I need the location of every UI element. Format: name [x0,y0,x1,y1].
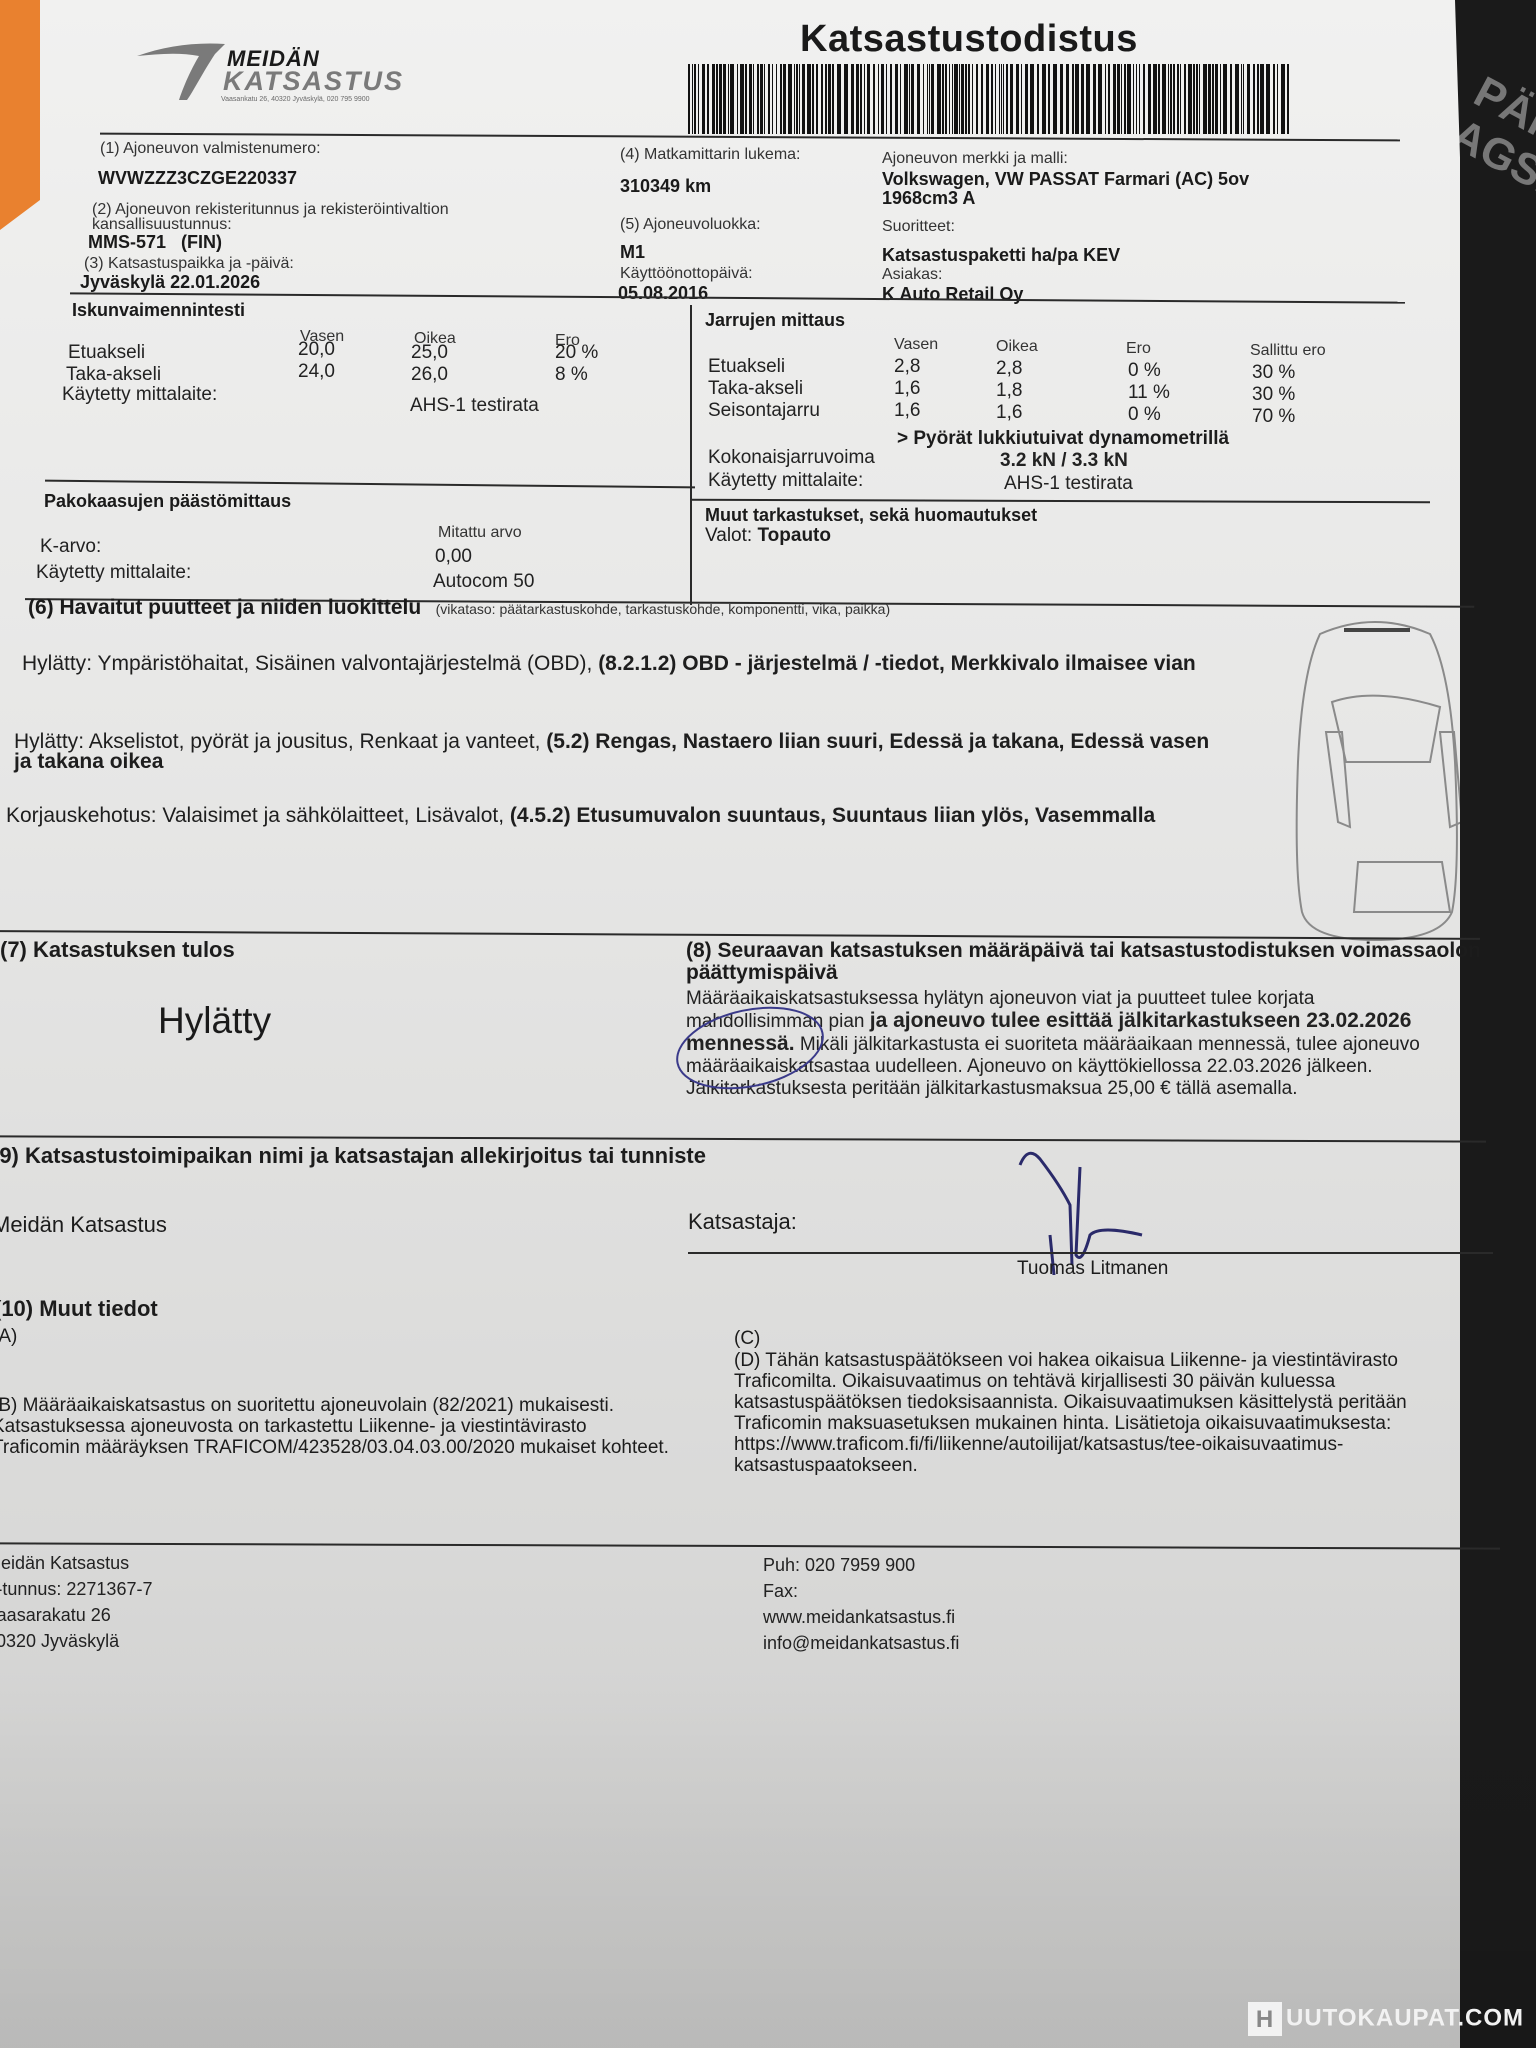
footer-company-info: Meidän Katsastus Y-tunnus: 2271367-7 Vaa… [0,1550,152,1654]
brake-col-header: Ero [1126,340,1151,358]
other-info-a: (A) [0,1326,17,1348]
emissions-title: Pakokaasujen päästömittaus [44,491,291,512]
background-orange-object [0,0,40,230]
customer-label: Asiakas: [882,266,942,284]
shock-row-label: Etuakseli [68,342,145,364]
divider [690,499,1430,504]
watermark: HUUTOKAUPAT.COM [1248,2002,1524,2036]
measured-value-header: Mitattu arvo [438,524,522,542]
brake-vasen-value: 1,6 [894,400,920,422]
brake-sallittu-value: 30 % [1252,384,1295,406]
shock-left-value: 20,0 [298,339,335,361]
brake-device-label: Käytetty mittalaite: [708,470,863,492]
place-label: (3) Katsastuspaikka ja -päivä: [84,255,294,273]
defect-item: Hylätty: Ympäristöhaitat, Sisäinen valvo… [22,654,1222,674]
brake-ero-value: 0 % [1128,404,1161,426]
other-info-c: (C) [734,1328,760,1350]
defect-item: Hylätty: Akselistot, pyörät ja jousitus,… [14,732,1214,772]
shock-left-value: 24,0 [298,361,335,383]
make-label: Ajoneuvon merkki ja malli: [882,150,1068,168]
shock-right-value: 25,0 [411,342,448,364]
brake-vasen-value: 1,6 [894,378,920,400]
shock-device-label: Käytetty mittalaite: [62,384,217,406]
vin-value: WVWZZZ3CZGE220337 [98,168,297,189]
divider [45,480,695,489]
brake-col-header: Sallittu ero [1250,342,1326,360]
class-label: (5) Ajoneuvoluokka: [620,216,761,234]
divider [0,1542,1500,1549]
divider [0,1135,1486,1142]
station-name: Meidän Katsastus [0,1212,167,1238]
logo-text-bottom: KATSASTUS [223,66,404,97]
watermark-box-icon: H [1248,2002,1282,2036]
shock-diff-value: 8 % [555,364,588,386]
emissions-device-value: Autocom 50 [433,571,534,593]
brake-oikea-value: 1,6 [996,402,1022,424]
signature-title: (9) Katsastustoimipaikan nimi ja katsast… [0,1143,706,1169]
place-value: Jyväskylä 22.01.2026 [80,272,260,293]
result-value: Hylätty [158,1000,271,1042]
brake-oikea-value: 1,8 [996,380,1022,402]
car-diagram-icon [1290,612,1460,942]
brake-col-header: Vasen [894,336,938,354]
total-brake-force-label: Kokonaisjarruvoima [708,447,875,469]
reg-value: MMS-571 (FIN) [88,232,222,253]
reg-label: (2) Ajoneuvon rekisteritunnus ja rekiste… [92,202,449,232]
shock-row-label: Taka-akseli [66,364,161,386]
other-info-d: (D) Tähän katsastuspäätökseen voi hakea … [734,1350,1474,1476]
odometer-label: (4) Matkamittarin lukema: [620,146,801,164]
divider [70,292,1405,303]
defects-header: (6) Havaitut puutteet ja niiden luokitte… [28,596,890,620]
handdrawn-circle-annotation [670,1000,850,1100]
k-value: 0,00 [435,546,472,568]
shock-right-value: 26,0 [411,364,448,386]
brake-sallittu-value: 30 % [1252,362,1295,384]
column-divider [690,305,692,605]
shock-device-value: AHS-1 testirata [410,395,539,417]
next-inspection-title: (8) Seuraavan katsastuksen määräpäivä ta… [686,940,1486,984]
signature-line [688,1252,1493,1254]
customer-value: K Auto Retail Oy [882,284,1023,305]
intro-date-label: Käyttöönottopäivä: [620,265,753,283]
brake-row-label: Etuakseli [708,356,785,378]
photo-shadow [0,1680,1536,2048]
vin-label: (1) Ajoneuvon valmistenumero: [100,140,321,158]
brake-row-label: Seisontajarru [708,400,820,422]
defect-item: Korjauskehotus: Valaisimet ja sähkölaitt… [6,806,1206,826]
brake-device-value: AHS-1 testirata [1004,473,1133,495]
inspector-name: Tuomas Litmanen [1017,1258,1168,1280]
brake-lock-note: > Pyörät lukkiutuivat dynamometrillä [897,428,1229,450]
footer-contact-info: Puh: 020 7959 900 Fax: www.meidankatsast… [763,1552,959,1656]
document-title: Katsastustodistus [800,18,1138,61]
make-value: Volkswagen, VW PASSAT Farmari (AC) 5ov19… [882,170,1249,208]
brake-row-label: Taka-akseli [708,378,803,400]
lights-line: Valot: Topauto [705,525,831,547]
intro-date-value: 05.08.2016 [618,283,708,304]
email-link[interactable]: info@meidankatsastus.fi [763,1630,959,1656]
brake-sallittu-value: 70 % [1252,406,1295,428]
other-info-b: (B) Määräaikaiskatsastus on suoritettu a… [0,1395,672,1458]
website-link[interactable]: www.meidankatsastus.fi [763,1604,959,1630]
odometer-value: 310349 km [620,176,711,197]
other-checks-title: Muut tarkastukset, sekä huomautukset [705,505,1037,526]
logo-address: Vaasankatu 26, 40320 Jyväskylä, 020 795 … [221,96,370,103]
services-value: Katsastuspaketti ha/pa KEV [882,245,1120,266]
inspector-label: Katsastaja: [688,1209,797,1235]
brake-col-header: Oikea [996,338,1038,356]
k-value-label: K-arvo: [40,536,101,558]
total-brake-force-value: 3.2 kN / 3.3 kN [1000,450,1128,472]
services-label: Suoritteet: [882,218,955,236]
brake-ero-value: 0 % [1128,360,1161,382]
shock-test-title: Iskunvaimennintesti [72,300,245,321]
brake-vasen-value: 2,8 [894,356,920,378]
other-info-title: (10) Muut tiedot [0,1296,158,1322]
logo-swoosh-icon [135,42,225,102]
result-title: (7) Katsastuksen tulos [0,937,235,963]
shock-diff-value: 20 % [555,342,598,364]
signature-scribble-icon [1010,1145,1170,1275]
class-value: M1 [620,242,645,263]
barcode [688,64,1293,134]
emissions-device-label: Käytetty mittalaite: [36,562,191,584]
company-logo: MEIDÄN KATSASTUS Vaasankatu 26, 40320 Jy… [135,40,415,110]
brake-ero-value: 11 % [1128,382,1170,404]
brake-oikea-value: 2,8 [996,358,1022,380]
brake-test-title: Jarrujen mittaus [705,310,845,331]
